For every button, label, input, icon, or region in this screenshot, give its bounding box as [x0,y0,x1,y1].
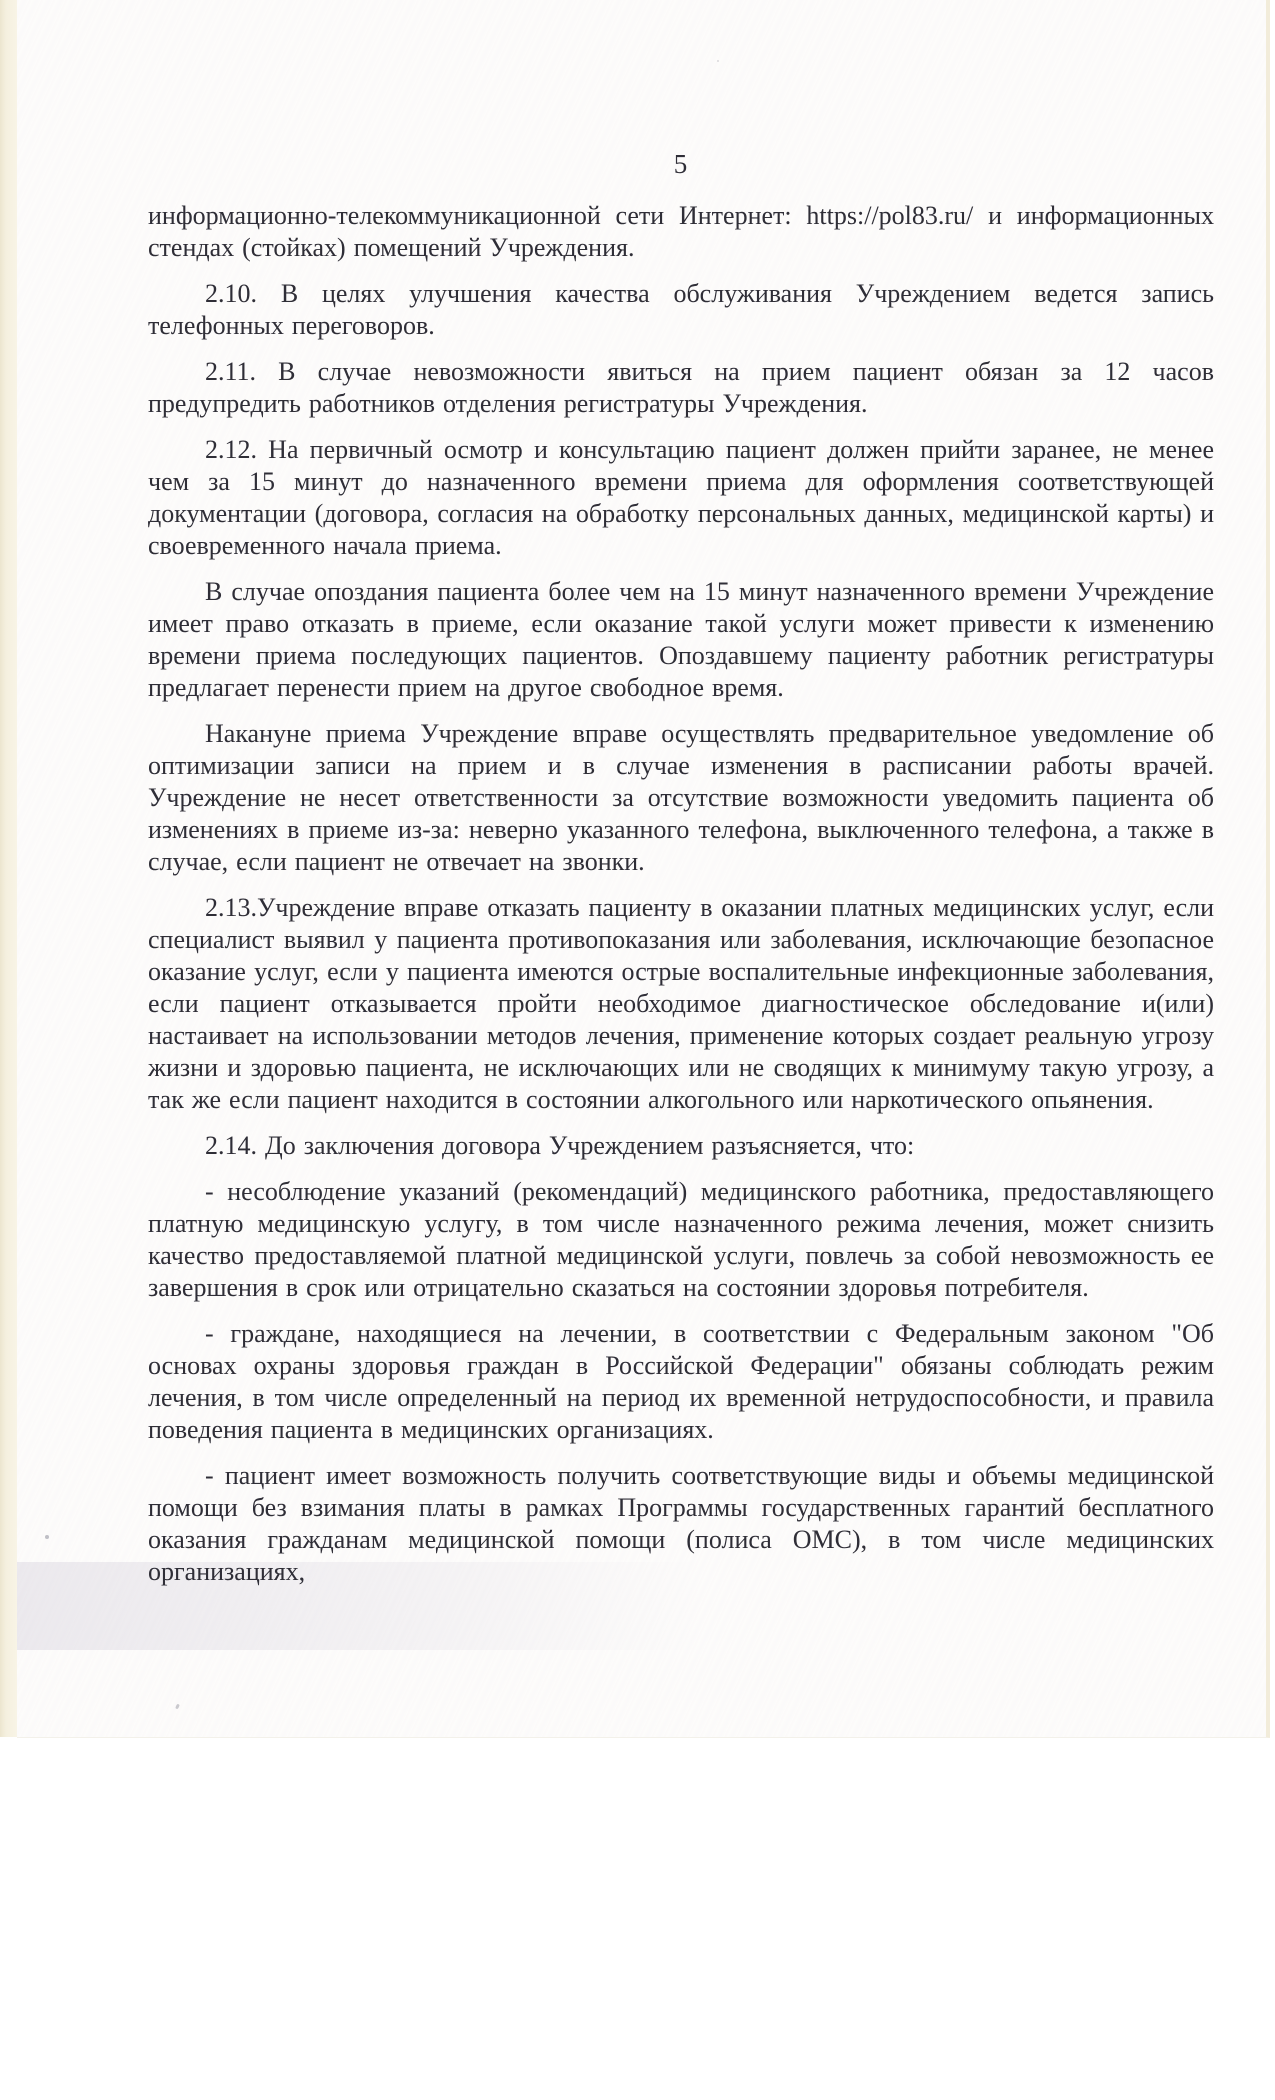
paragraph: 2.10. В целях улучшения качества обслужи… [148,278,1214,342]
paragraph: 2.13.Учреждение вправе отказать пациенту… [148,892,1214,1116]
page-content: 5 информационно-телекоммуникационной сет… [148,148,1214,1588]
scan-speck [175,1704,180,1710]
paragraph: 2.11. В случае невозможности явиться на … [148,356,1214,420]
paragraph: 2.12. На первичный осмотр и консультацию… [148,434,1214,562]
paragraph: Накануне приема Учреждение вправе осущес… [148,718,1214,878]
page-number: 5 [148,148,1214,180]
paragraph: - граждане, находящиеся на лечении, в со… [148,1318,1214,1446]
paragraph: информационно-телекоммуникационной сети … [148,200,1214,264]
scan-speck [717,60,719,62]
paragraph: - пациент имеет возможность получить соо… [148,1460,1214,1588]
scan-left-edge [0,0,17,1737]
paragraph: В случае опоздания пациента более чем на… [148,576,1214,704]
scan-speck [45,1535,49,1539]
paragraph: 2.14. До заключения договора Учреждением… [148,1130,1214,1162]
paragraph: - несоблюдение указаний (рекомендаций) м… [148,1176,1214,1304]
scanned-document: 5 информационно-телекоммуникационной сет… [0,0,1275,2100]
document-body: информационно-телекоммуникационной сети … [148,200,1214,1588]
page-surface: 5 информационно-телекоммуникационной сет… [17,0,1270,1738]
